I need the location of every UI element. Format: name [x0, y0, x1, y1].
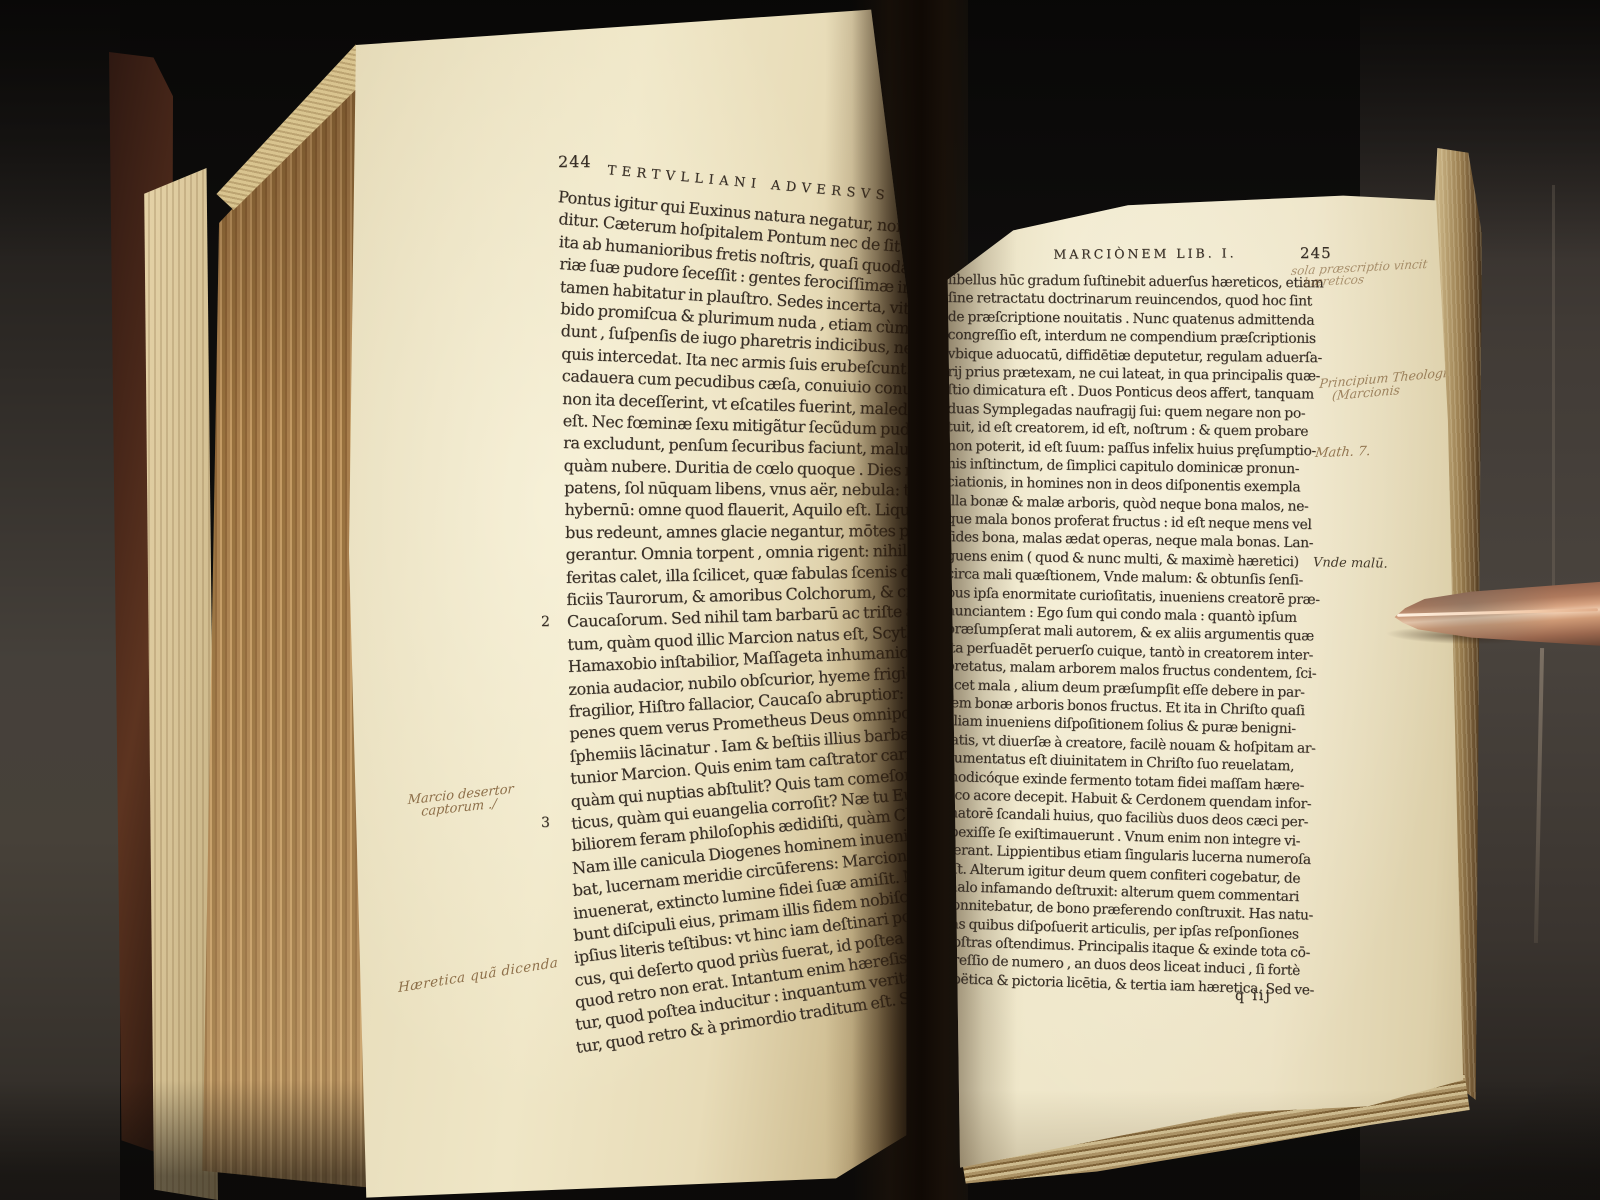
- page-number: 245: [1300, 244, 1332, 262]
- handwritten-margin-note: Math. 7.: [1314, 444, 1371, 462]
- handwritten-margin-note: Marcio desertor captorum ./: [407, 782, 514, 823]
- handwritten-margin-note: Hæretica quã dicenda: [398, 955, 558, 997]
- handwriting-line: Hæretica quã dicenda: [398, 955, 558, 997]
- left-page: 244 TERTVLLIANI ADVERSVS Pontus igitur q…: [345, 0, 920, 1200]
- handwritten-margin-note: Principium Theologiæ (Marcionis: [1317, 364, 1459, 405]
- cloth-fold: [1552, 185, 1555, 635]
- handwriting-line: Math. 7.: [1314, 444, 1371, 462]
- right-page-text-block: libellus hūc gradum ſuſtinebit aduerſus …: [948, 271, 1320, 988]
- printed-margin-note: Vnde malū.: [1313, 555, 1388, 571]
- paragraph-number: 3: [541, 815, 550, 831]
- running-title: MARCIÒNEM LIB. I.: [1025, 245, 1265, 262]
- book-gutter-shadow: [852, 0, 968, 1200]
- handwritten-margin-note: sola præscriptio vincit hæreticos: [1289, 257, 1429, 291]
- paragraph-number: 2: [541, 614, 550, 630]
- page-number: 244: [558, 152, 592, 171]
- signature-mark: q iij: [1235, 988, 1272, 1004]
- book-photo: 244 TERTVLLIANI ADVERSVS Pontus igitur q…: [0, 0, 1600, 1200]
